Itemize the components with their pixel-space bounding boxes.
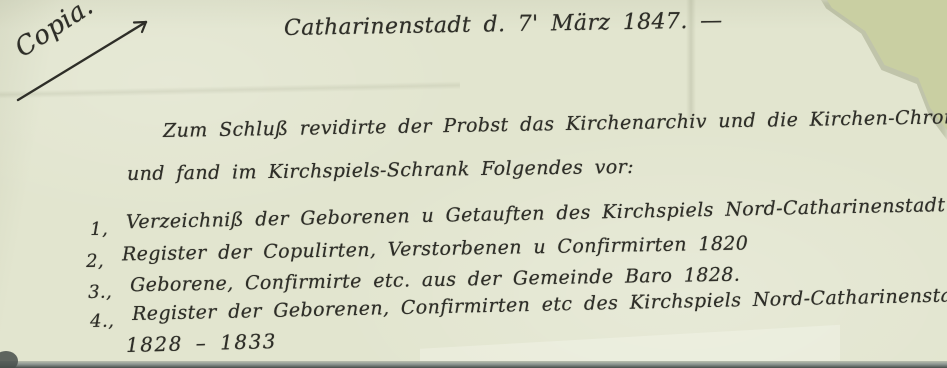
corner-ink-blot [0, 351, 18, 368]
list-item-1-text: Verzeichniß der Geborenen u Getauften de… [126, 193, 947, 233]
list-item-4-continuation: 1828 – 1833 [126, 329, 278, 357]
list-item-1-number: 1, [90, 219, 108, 240]
list-item-2-number: 2, [86, 251, 104, 272]
copia-annotation: Copia. [4, 2, 174, 112]
manuscript-scan: Copia. Catharinenstadt d. 7' März 1847. … [0, 0, 947, 368]
body-line-2: und fand im Kirchspiels-Schrank Folgende… [127, 156, 634, 185]
list-item-3-number: 3., [88, 282, 112, 303]
list-item-4-number: 4., [90, 310, 115, 332]
list-item-2: 2, Register der Copulirten, Verstorbenen… [86, 232, 749, 266]
dateline: Catharinenstadt d. 7' März 1847. — [284, 8, 723, 41]
list-item-1: 1, Verzeichniß der Geborenen u Getauften… [90, 193, 947, 234]
body-line-1: Zum Schluß revidirte der Probst das Kirc… [163, 106, 947, 142]
scanner-edge [0, 361, 947, 368]
underline-arrow-icon [4, 2, 174, 112]
list-item-2-text: Register der Copulirten, Verstorbenen u … [122, 232, 749, 265]
